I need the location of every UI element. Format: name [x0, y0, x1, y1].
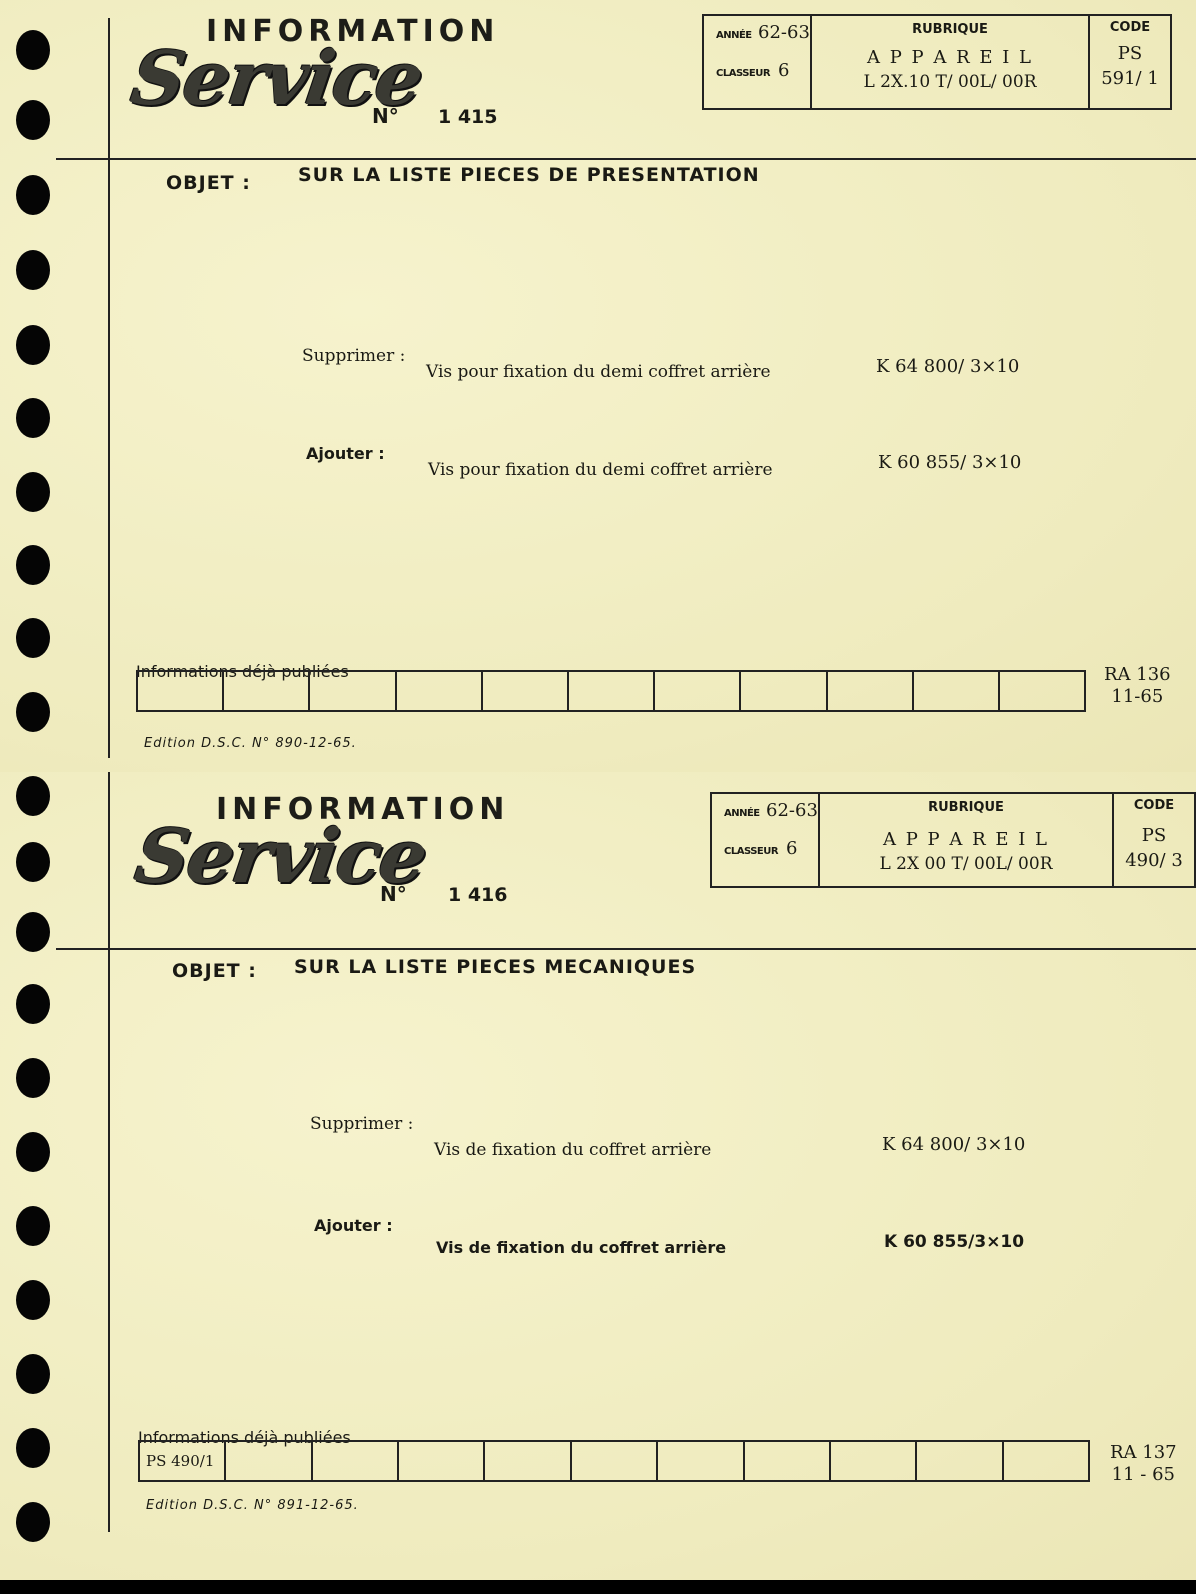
rubrique-cell: RUBRIQUE A P P A R E I L L 2X.10 T/ 00L/… [812, 16, 1090, 108]
ra-date: 11 - 65 [1110, 1464, 1177, 1486]
code-cell: CODE PS 490/ 3 [1114, 794, 1194, 886]
binder-hole [16, 1206, 50, 1246]
binder-hole [16, 1280, 50, 1320]
classeur-label: CLASSEUR [724, 846, 778, 857]
published-cell: PS 490/1 [140, 1442, 226, 1480]
objet-text: SUR LA LISTE PIECES MECANIQUES [294, 956, 696, 978]
rubrique-label: RUBRIQUE [812, 22, 1088, 37]
binder-hole [16, 1058, 50, 1098]
ajouter-label: Ajouter : [306, 444, 385, 463]
binder-hole [16, 175, 50, 215]
published-cell [745, 1442, 831, 1480]
number-label: N° [372, 104, 399, 128]
edition-line: Edition D.S.C. N° 891-12-65. [146, 1498, 359, 1513]
margin-line [108, 772, 110, 1532]
number-label: N° [380, 882, 407, 906]
published-cell [831, 1442, 917, 1480]
code-value: 591/ 1 [1090, 68, 1170, 89]
binder-hole [16, 545, 50, 585]
published-cell [917, 1442, 1003, 1480]
published-cell [741, 672, 827, 710]
published-cell [483, 672, 569, 710]
bulletin-number: 1 416 [448, 884, 508, 906]
code-prefix: PS [1090, 43, 1170, 64]
binder-hole [16, 912, 50, 952]
published-grid [136, 670, 1086, 712]
annee-value: 62-63 [758, 22, 810, 43]
annee-value: 62-63 [766, 800, 818, 821]
published-cell [313, 1442, 399, 1480]
published-cell [399, 1442, 485, 1480]
published-cell [310, 672, 396, 710]
published-cell [485, 1442, 571, 1480]
ajouter-label: Ajouter : [314, 1216, 393, 1235]
published-cell [914, 672, 1000, 710]
supprimer-label: Supprimer : [302, 346, 405, 366]
objet-text: SUR LA LISTE PIECES DE PRESENTATION [298, 164, 760, 186]
ajouter-description: Vis de fixation du coffret arrière [436, 1238, 726, 1257]
binder-hole [16, 250, 50, 290]
supprimer-reference: K 64 800/ 3×10 [876, 356, 1019, 377]
classification-box: ANNÉE 62-63 CLASSEUR 6 RUBRIQUE A P P A … [710, 792, 1196, 888]
rubrique-value: A P P A R E I L [820, 829, 1112, 850]
binder-hole [16, 692, 50, 732]
code-label: CODE [1090, 20, 1170, 35]
objet-label: OBJET : [172, 960, 257, 982]
ra-reference: RA 136 11-65 [1104, 664, 1171, 708]
classeur-label: CLASSEUR [716, 68, 770, 79]
code-value: 490/ 3 [1114, 850, 1194, 871]
year-binder-cell: ANNÉE 62-63 CLASSEUR 6 [712, 794, 820, 886]
classification-box: ANNÉE 62-63 CLASSEUR 6 RUBRIQUE A P P A … [702, 14, 1172, 110]
binder-hole [16, 325, 50, 365]
binder-holes [16, 772, 56, 1580]
published-cell [828, 672, 914, 710]
published-cell [1004, 1442, 1088, 1480]
year-binder-cell: ANNÉE 62-63 CLASSEUR 6 [704, 16, 812, 108]
published-cell [655, 672, 741, 710]
binder-hole [16, 776, 50, 816]
classeur-value: 6 [778, 60, 789, 81]
rubrique-label: RUBRIQUE [820, 800, 1112, 815]
published-cell [138, 672, 224, 710]
header-rule [56, 158, 1196, 160]
binder-hole [16, 100, 50, 140]
ajouter-reference: K 60 855/3×10 [884, 1232, 1024, 1252]
published-grid: PS 490/1 [138, 1440, 1090, 1482]
ra-reference: RA 137 11 - 65 [1110, 1442, 1177, 1486]
binder-hole [16, 842, 50, 882]
binder-hole [16, 398, 50, 438]
ajouter-reference: K 60 855/ 3×10 [878, 452, 1021, 473]
binder-hole [16, 1428, 50, 1468]
ra-date: 11-65 [1104, 686, 1171, 708]
ra-number: RA 137 [1110, 1442, 1177, 1464]
header-rule [56, 948, 1196, 950]
code-label: CODE [1114, 798, 1194, 813]
rubrique-value: A P P A R E I L [812, 47, 1088, 68]
service-bulletin-1416: INFORMATION Service N° 1 416 ANNÉE 62-63… [0, 772, 1196, 1580]
margin-line [108, 18, 110, 758]
supprimer-description: Vis de fixation du coffret arrière [434, 1140, 711, 1160]
published-cell [397, 672, 483, 710]
binder-hole [16, 1502, 50, 1542]
binder-hole [16, 618, 50, 658]
annee-label: ANNÉE [724, 808, 760, 819]
model-value: L 2X.10 T/ 00L/ 00R [812, 72, 1088, 92]
published-cell [226, 1442, 312, 1480]
rubrique-cell: RUBRIQUE A P P A R E I L L 2X 00 T/ 00L/… [820, 794, 1114, 886]
edition-line: Edition D.S.C. N° 890-12-65. [144, 736, 357, 751]
objet-label: OBJET : [166, 172, 251, 194]
published-cell [1000, 672, 1084, 710]
code-prefix: PS [1114, 825, 1194, 846]
binder-hole [16, 1354, 50, 1394]
binder-holes [16, 0, 56, 772]
published-cell [224, 672, 310, 710]
published-cell [569, 672, 655, 710]
model-value: L 2X 00 T/ 00L/ 00R [820, 854, 1112, 874]
ra-number: RA 136 [1104, 664, 1171, 686]
bulletin-number: 1 415 [438, 106, 498, 128]
service-bulletin-1415: INFORMATION Service N° 1 415 ANNÉE 62-63… [0, 0, 1196, 772]
annee-label: ANNÉE [716, 30, 752, 41]
supprimer-label: Supprimer : [310, 1114, 413, 1134]
ajouter-description: Vis pour fixation du demi coffret arrièr… [428, 460, 773, 480]
supprimer-reference: K 64 800/ 3×10 [882, 1134, 1025, 1155]
supprimer-description: Vis pour fixation du demi coffret arrièr… [426, 362, 771, 382]
binder-hole [16, 30, 50, 70]
binder-hole [16, 984, 50, 1024]
published-cell [658, 1442, 744, 1480]
classeur-value: 6 [786, 838, 797, 859]
binder-hole [16, 1132, 50, 1172]
published-cell [572, 1442, 658, 1480]
binder-hole [16, 472, 50, 512]
code-cell: CODE PS 591/ 1 [1090, 16, 1170, 108]
